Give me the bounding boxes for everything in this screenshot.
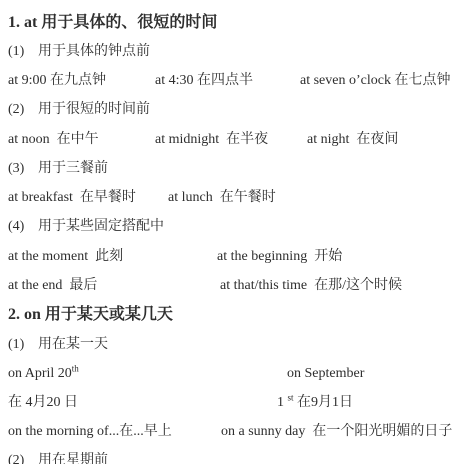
text-run: at lunch 在午餐时 (168, 190, 276, 205)
doc-line: (2)用在星期前 (0, 452, 464, 464)
text-run: at that/this time 在那/这个时候 (220, 278, 402, 293)
section-heading: 2. on 用于某天或某几天 (0, 306, 464, 324)
text-segment: 用于具体的钟点前 (38, 43, 150, 60)
text-run: 1. at 用于具体的、很短的时间 (8, 14, 217, 31)
text-run: 用在星期前 (38, 453, 108, 464)
text-run: at the beginning 开始 (217, 249, 342, 264)
text-run: at midnight 在半夜 (155, 132, 268, 147)
text-segment: 用于很短的时间前 (38, 101, 150, 118)
text-segment: at night 在夜间 (307, 131, 398, 148)
text-run: at seven o’clock 在七点钟 (300, 73, 450, 88)
text-run: (1) (8, 337, 24, 352)
text-segment: at breakfast 在早餐时 (8, 189, 136, 206)
doc-line: at noon 在中午at midnight 在半夜at night 在夜间 (0, 131, 464, 149)
text-run: (2) (8, 102, 24, 117)
text-segment: on the morning of...在...早上 (8, 423, 172, 440)
text-segment: on a sunny day 在一个阳光明媚的日子 (221, 423, 452, 440)
text-run: at 9:00 在九点钟 (8, 73, 106, 88)
superscript: th (72, 363, 79, 373)
doc-line: at 9:00 在九点钟at 4:30 在四点半at seven o’clock… (0, 72, 464, 90)
text-run: at noon 在中午 (8, 132, 99, 147)
section-heading: 1. at 用于具体的、很短的时间 (0, 14, 464, 32)
text-run: 用于具体的钟点前 (38, 44, 150, 59)
text-run: 2. on 用于某天或某几天 (8, 306, 173, 323)
doc-line: 在 4月20 日1 st 在9月1日 (0, 394, 464, 412)
doc-line: at the end 最后at that/this time 在那/这个时候 (0, 277, 464, 295)
text-segment: at the moment 此刻 (8, 248, 123, 265)
text-segment: (1) (8, 336, 24, 353)
text-segment: 2. on 用于某天或某几天 (8, 306, 173, 323)
text-run: on the morning of...在...早上 (8, 424, 172, 439)
text-run: on a sunny day 在一个阳光明媚的日子 (221, 424, 452, 439)
text-segment: (2) (8, 452, 24, 464)
text-run: (3) (8, 161, 24, 176)
text-segment: on April 20th (8, 365, 79, 382)
doc-line: on April 20thon September (0, 365, 464, 383)
text-run: 用于某些固定搭配中 (38, 219, 164, 234)
text-segment: at seven o’clock 在七点钟 (300, 72, 450, 89)
text-segment: at that/this time 在那/这个时候 (220, 277, 402, 294)
text-segment: 1. at 用于具体的、很短的时间 (8, 14, 217, 31)
text-segment: (3) (8, 160, 24, 177)
text-segment: at the end 最后 (8, 277, 97, 294)
text-run: 在 4月20 日 (8, 395, 78, 410)
text-segment: on September (287, 365, 364, 382)
text-run: 用在某一天 (38, 337, 108, 352)
doc-line: on the morning of...在...早上on a sunny day… (0, 423, 464, 441)
text-segment: (2) (8, 101, 24, 118)
text-segment: 用于三餐前 (38, 160, 108, 177)
text-run: (1) (8, 44, 24, 59)
text-run: at night 在夜间 (307, 132, 398, 147)
doc-line: (3)用于三餐前 (0, 160, 464, 178)
text-segment: at 9:00 在九点钟 (8, 72, 106, 89)
text-run: 用于很短的时间前 (38, 102, 150, 117)
doc-line: at the moment 此刻at the beginning 开始 (0, 248, 464, 266)
text-segment: at noon 在中午 (8, 131, 99, 148)
doc-line: (1)用于具体的钟点前 (0, 43, 464, 61)
text-run: at 4:30 在四点半 (155, 73, 253, 88)
text-run: 在9月1日 (294, 395, 354, 410)
text-segment: at 4:30 在四点半 (155, 72, 253, 89)
text-run: 用于三餐前 (38, 161, 108, 176)
doc-line: at breakfast 在早餐时at lunch 在午餐时 (0, 189, 464, 207)
text-segment: at lunch 在午餐时 (168, 189, 276, 206)
text-run: (4) (8, 219, 24, 234)
text-run: 1 (277, 395, 288, 410)
text-segment: 在 4月20 日 (8, 394, 78, 411)
text-run: at the moment 此刻 (8, 249, 123, 264)
text-segment: at the beginning 开始 (217, 248, 342, 265)
text-segment: 1 st 在9月1日 (277, 394, 353, 411)
text-run: at the end 最后 (8, 278, 97, 293)
text-segment: 用在星期前 (38, 452, 108, 464)
text-segment: at midnight 在半夜 (155, 131, 268, 148)
text-segment: (4) (8, 218, 24, 235)
text-run: at breakfast 在早餐时 (8, 190, 136, 205)
doc-line: (1)用在某一天 (0, 336, 464, 354)
text-run: (2) (8, 453, 24, 464)
text-segment: 用于某些固定搭配中 (38, 218, 164, 235)
text-segment: (1) (8, 43, 24, 60)
text-run: on September (287, 366, 364, 381)
document-page: 1. at 用于具体的、很短的时间(1)用于具体的钟点前at 9:00 在九点钟… (0, 0, 464, 464)
text-segment: 用在某一天 (38, 336, 108, 353)
doc-line: (4)用于某些固定搭配中 (0, 218, 464, 236)
text-run: on April 20 (8, 366, 72, 381)
doc-line: (2)用于很短的时间前 (0, 101, 464, 119)
